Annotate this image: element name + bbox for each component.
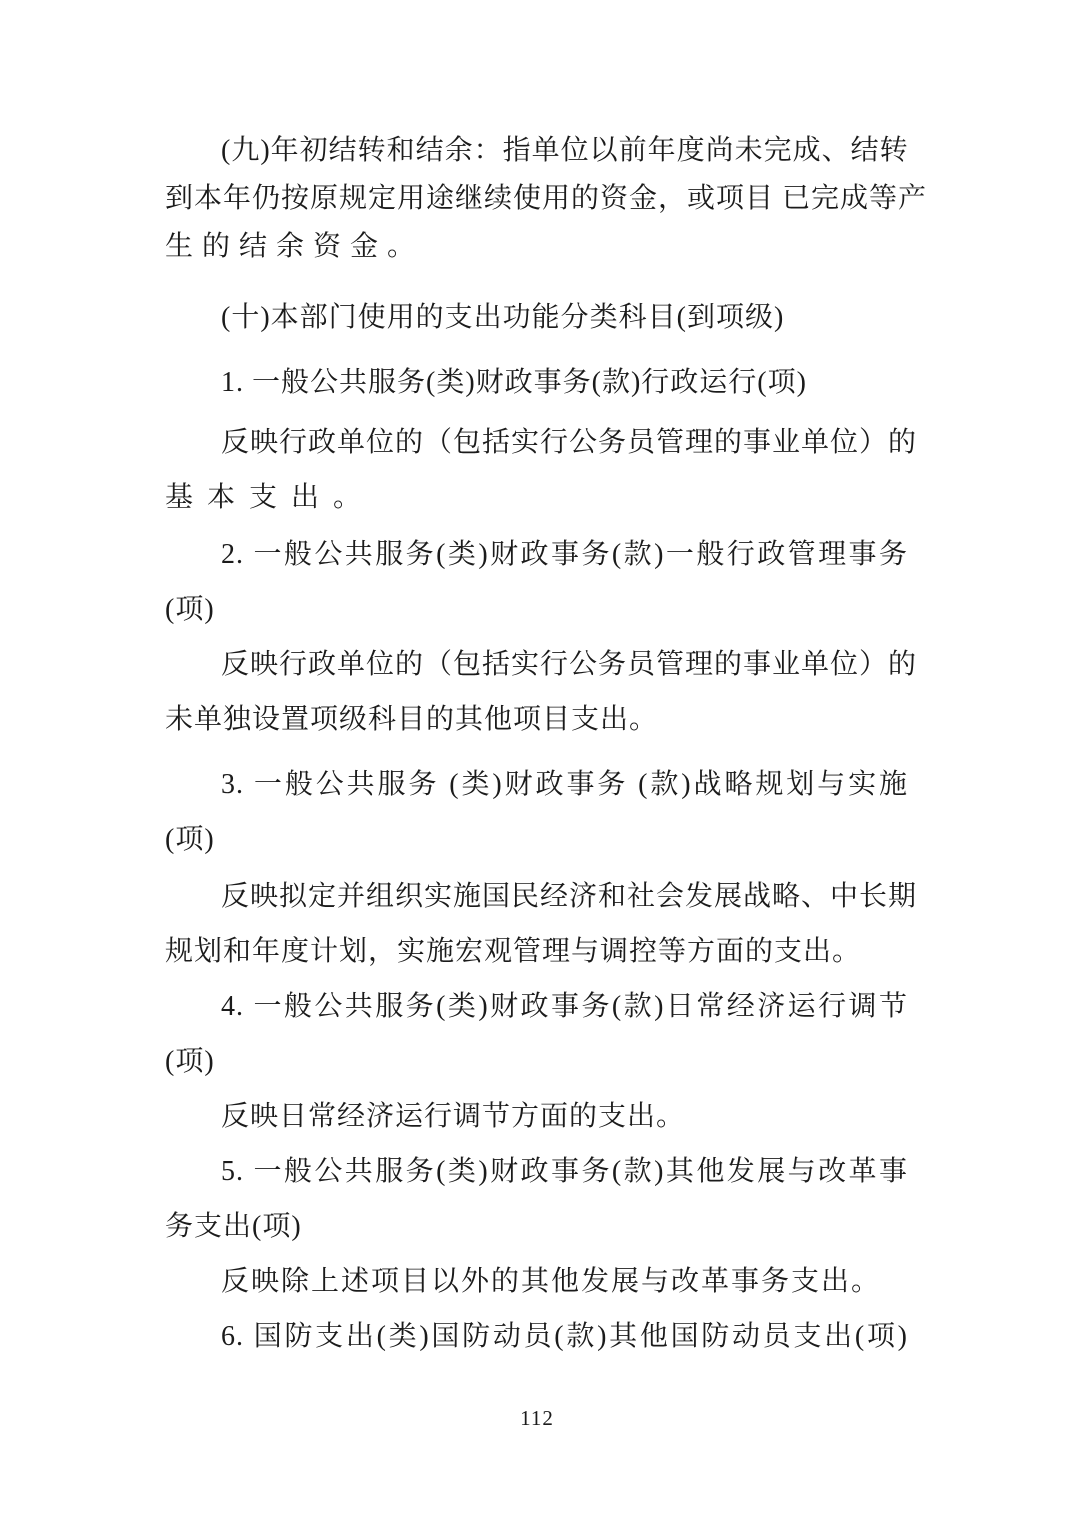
item-3-strategic-planning: 3. 一般公共服务 (类)财政事务 (款)战略规划与实施 (项): [165, 757, 908, 867]
text-line: 6. 国防支出(类)国防动员(款)其他国防动员支出(项): [165, 1309, 908, 1364]
item-2-description: 反映行政单位的（包括实行公务员管理的事业单位）的 未单独设置项级科目的其他项目支…: [165, 637, 908, 747]
text-line: 反映拟定并组织实施国民经济和社会发展战略、中长期: [165, 869, 908, 924]
item-6-national-defense-mobilization: 6. 国防支出(类)国防动员(款)其他国防动员支出(项): [165, 1309, 908, 1364]
text-line: (项): [165, 812, 908, 867]
text-line: 基本支出。: [165, 470, 908, 525]
text-line: 3. 一般公共服务 (类)财政事务 (款)战略规划与实施: [165, 757, 908, 812]
text-line: (项): [165, 582, 908, 637]
item-5-other-development-reform: 5. 一般公共服务(类)财政事务(款)其他发展与改革事 务支出(项): [165, 1144, 908, 1254]
text-line: 反映除上述项目以外的其他发展与改革事务支出。: [165, 1254, 908, 1309]
item-1-admin-operation: 1. 一般公共服务(类)财政事务(款)行政运行(项): [165, 355, 908, 410]
item-4-description: 反映日常经济运行调节方面的支出。: [165, 1089, 908, 1144]
text-line: 生的结余资金。: [165, 223, 908, 271]
item-5-description: 反映除上述项目以外的其他发展与改革事务支出。: [165, 1254, 908, 1309]
document-body: (九)年初结转和结余：指单位以前年度尚未完成、结转 到本年仍按原规定用途继续使用…: [165, 0, 908, 1364]
text-line: (项): [165, 1034, 908, 1089]
item-2-general-admin-affairs: 2. 一般公共服务(类)财政事务(款)一般行政管理事务 (项): [165, 527, 908, 637]
text-line: 反映行政单位的（包括实行公务员管理的事业单位）的: [165, 637, 908, 692]
text-line: 4. 一般公共服务(类)财政事务(款)日常经济运行调节: [165, 979, 908, 1034]
text-line: (十)本部门使用的支出功能分类科目(到项级): [165, 290, 908, 345]
item-3-description: 反映拟定并组织实施国民经济和社会发展战略、中长期 规划和年度计划，实施宏观管理与…: [165, 869, 908, 979]
text-line: (九)年初结转和结余：指单位以前年度尚未完成、结转: [165, 127, 908, 175]
text-line: 反映日常经济运行调节方面的支出。: [165, 1089, 908, 1144]
text-line: 未单独设置项级科目的其他项目支出。: [165, 692, 908, 747]
text-line: 到本年仍按原规定用途继续使用的资金，或项目 已完成等产: [165, 175, 908, 223]
text-line: 务支出(项): [165, 1199, 908, 1254]
page-number: 112: [0, 1406, 1074, 1431]
document-page: (九)年初结转和结余：指单位以前年度尚未完成、结转 到本年仍按原规定用途继续使用…: [0, 0, 1074, 1520]
text-line: 规划和年度计划，实施宏观管理与调控等方面的支出。: [165, 924, 908, 979]
text-line: 2. 一般公共服务(类)财政事务(款)一般行政管理事务: [165, 527, 908, 582]
text-line: 5. 一般公共服务(类)财政事务(款)其他发展与改革事: [165, 1144, 908, 1199]
item-4-daily-economic-regulation: 4. 一般公共服务(类)财政事务(款)日常经济运行调节 (项): [165, 979, 908, 1089]
text-line: 1. 一般公共服务(类)财政事务(款)行政运行(项): [165, 355, 908, 410]
para-classification-heading: (十)本部门使用的支出功能分类科目(到项级): [165, 290, 908, 345]
item-1-description: 反映行政单位的（包括实行公务员管理的事业单位）的 基本支出。: [165, 415, 908, 525]
para-year-begin-carryover: (九)年初结转和结余：指单位以前年度尚未完成、结转 到本年仍按原规定用途继续使用…: [165, 127, 908, 271]
text-line: 反映行政单位的（包括实行公务员管理的事业单位）的: [165, 415, 908, 470]
